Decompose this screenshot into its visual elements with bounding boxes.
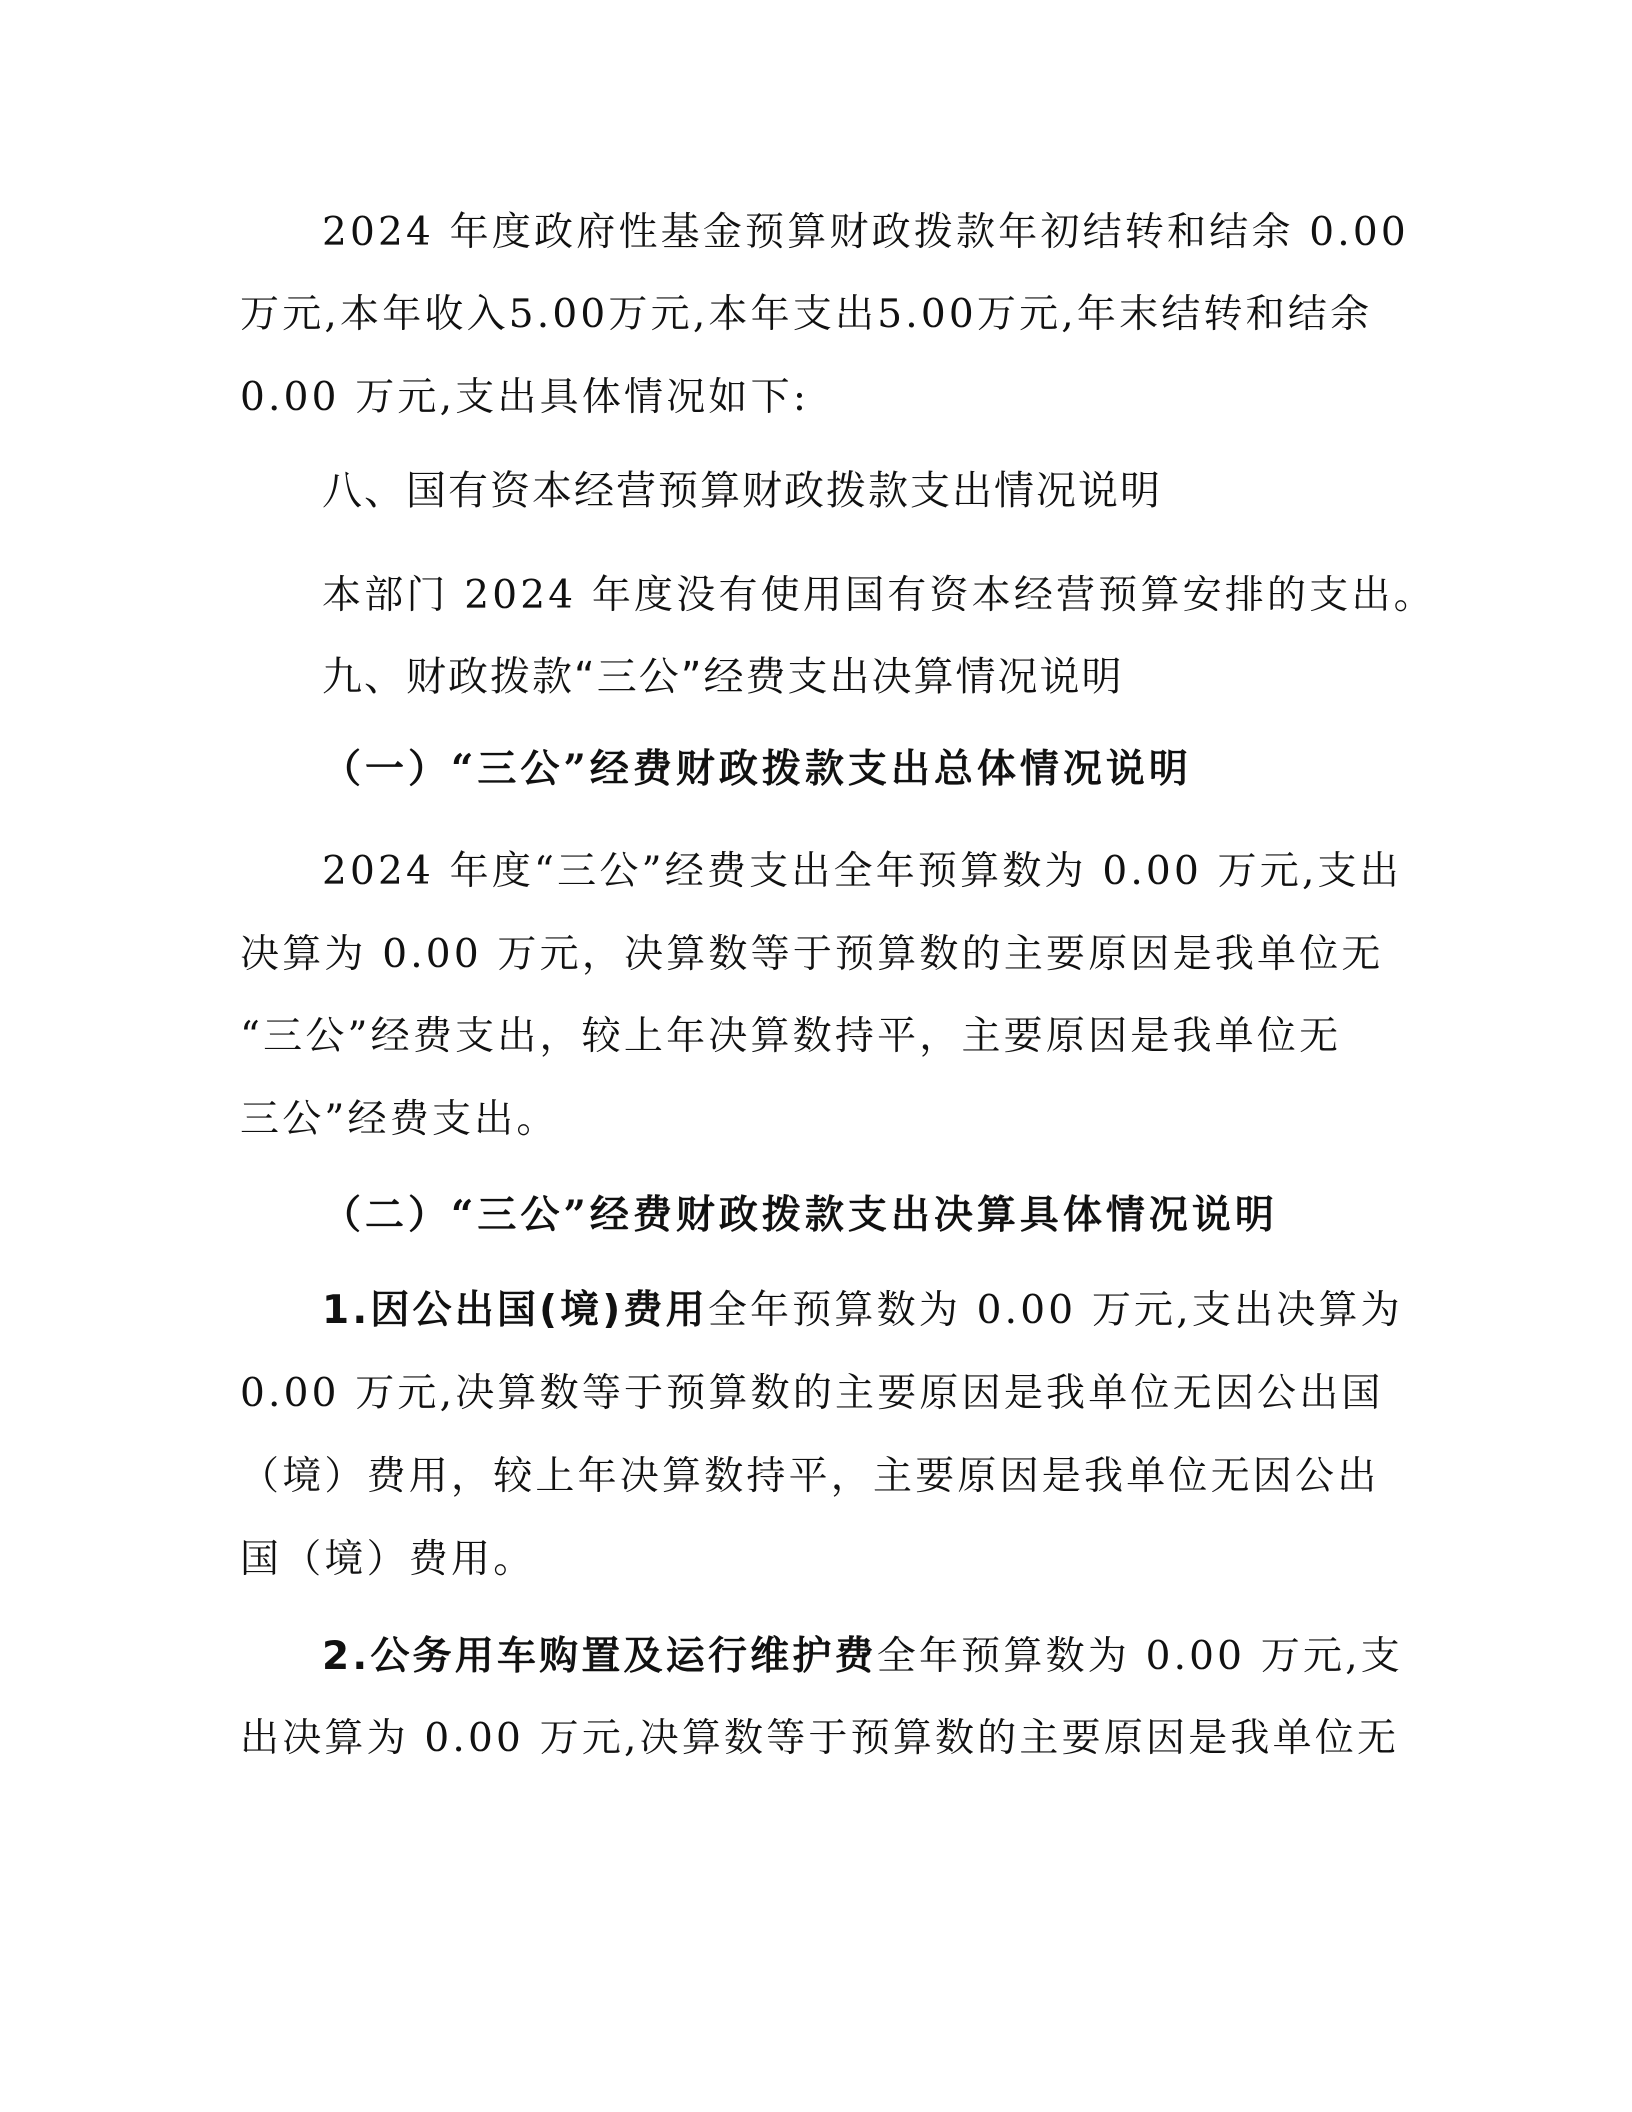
fund-paragraph-line-1: 2024 年度政府性基金预算财政拨款年初结转和结余 0.00 [322,213,1409,252]
item-2-label: 2.公务用车购置及运行维护费 [322,1634,877,1679]
item-2-line-2: 出决算为 0.00 万元,决算数等于预算数的主要原因是我单位无 [240,1719,1399,1758]
item-1-line-1-rest: 全年预算数为 0.00 万元,支出决算为 [708,1288,1403,1333]
section-8-body: 本部门 2024 年度没有使用国有资本经营预算安排的支出。 [322,576,1436,615]
subsection-2-heading: （二）“三公”经费财政拨款支出决算具体情况说明 [322,1196,1278,1235]
item-1-line-3: （境）费用，较上年决算数持平，主要原因是我单位无因公出 [240,1457,1379,1496]
item-1-label: 1.因公出国(境)费用 [322,1288,708,1333]
section-8-heading: 八、国有资本经营预算财政拨款支出情况说明 [322,471,1162,511]
fund-paragraph-line-2: 万元,本年收入5.00万元,本年支出5.00万元,年末结转和结余 [240,295,1372,334]
item-2-line-1-rest: 全年预算数为 0.00 万元,支 [877,1634,1403,1679]
item-2-line-1: 2.公务用车购置及运行维护费全年预算数为 0.00 万元,支 [322,1637,1403,1676]
section-9-heading: 九、财政拨款“三公”经费支出决算情况说明 [322,657,1123,697]
item-1-line-2: 0.00 万元,决算数等于预算数的主要原因是我单位无因公出国 [240,1374,1384,1413]
subsection-1-line-3: “三公”经费支出，较上年决算数持平，主要原因是我单位无 [240,1017,1341,1056]
item-1-line-4: 国（境）费用。 [240,1540,535,1579]
subsection-1-line-2: 决算为 0.00 万元，决算数等于预算数的主要原因是我单位无 [240,935,1384,974]
item-1-line-1: 1.因公出国(境)费用全年预算数为 0.00 万元,支出决算为 [322,1291,1403,1330]
subsection-1-heading: （一）“三公”经费财政拨款支出总体情况说明 [322,750,1192,789]
fund-paragraph-line-3: 0.00 万元,支出具体情况如下: [240,378,809,417]
subsection-1-line-4: 三公”经费支出。 [240,1100,559,1139]
subsection-1-line-1: 2024 年度“三公”经费支出全年预算数为 0.00 万元,支出 [322,852,1402,891]
